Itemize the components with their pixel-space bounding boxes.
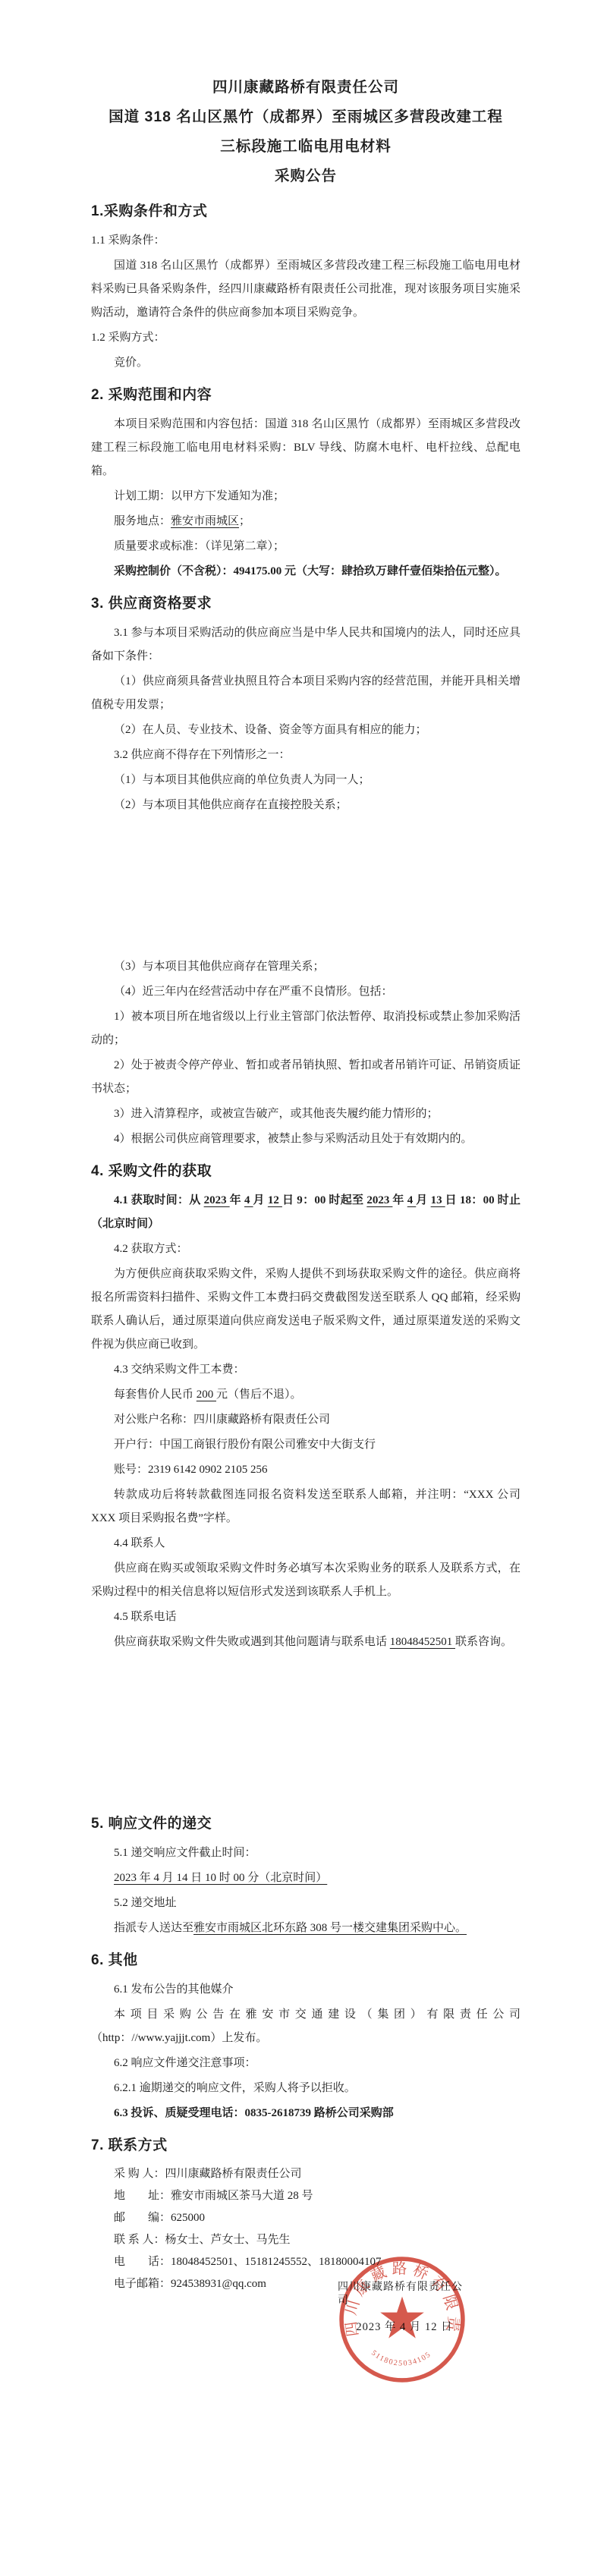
paragraph: 6.2 响应文件递交注意事项：	[91, 2052, 521, 2075]
text-segment: 200	[197, 1389, 216, 1401]
text-segment: 5. 响应文件的递交	[91, 1816, 212, 1832]
section-heading-2: 2. 采购范围和内容	[91, 385, 521, 405]
paragraph: 4.4 联系人	[91, 1532, 521, 1555]
text-segment: 4.5 联系电话	[114, 1611, 177, 1623]
text-segment: 7. 联系方式	[91, 2137, 168, 2153]
text-segment: 服务地点：	[114, 515, 171, 527]
doc-title-line: 采购公告	[91, 162, 521, 191]
paragraph: （4）近三年内在经营活动中存在严重不良情形。包括：	[91, 980, 521, 1004]
text-segment: （2）与本项目其他供应商存在直接控股关系；	[114, 799, 348, 811]
paragraph: 账号：2319 6142 0902 2105 256	[91, 1458, 521, 1482]
contact-value: 雅安市雨城区茶马大道 28 号	[171, 2190, 313, 2202]
text-segment: 年	[230, 1194, 244, 1206]
paragraph: 开户行：中国工商银行股份有限公司雅安中大街支行	[91, 1433, 521, 1457]
paragraph: （1）与本项目其他供应商的单位负责人为同一人；	[91, 769, 521, 792]
text-segment: 6. 其他	[91, 1952, 138, 1968]
contact-label: 邮 编：	[114, 2212, 171, 2224]
text-segment: 质量要求或标准：（详见第二章）；	[114, 540, 285, 552]
paragraph: 竞价。	[91, 351, 521, 375]
contact-label: 联 系 人：	[114, 2234, 165, 2246]
text-segment: 4	[407, 1194, 417, 1206]
text-segment: 雅安市雨城区北环东路 308 号一楼交建集团采购中心。	[193, 1922, 467, 1934]
text-segment: 国道 318 名山区黑竹（成都界）至雨城区多营段改建工程三标段施工临电用电材料采…	[91, 259, 521, 319]
text-segment: （1）供应商须具备营业执照且符合本项目采购内容的经营范围，并能开具相关增值税专用…	[91, 675, 521, 711]
text-segment: 本项目采购范围和内容包括：国道 318 名山区黑竹（成都界）至雨城区多营段改建工…	[91, 418, 521, 477]
paragraph: 4.2 获取方式：	[91, 1238, 521, 1261]
doc-title-line: 三标段施工临电用电材料	[91, 132, 521, 162]
paragraph: 1）被本项目所在地省级以上行业主管部门依法暂停、取消投标或禁止参加采购活动的；	[91, 1005, 521, 1052]
text-segment: 采购控制价（不含税）：494175.00 元（大写：肆拾玖万肆仟壹佰柒拾伍元整）…	[114, 565, 507, 577]
text-segment: （1）与本项目其他供应商的单位负责人为同一人；	[114, 774, 370, 786]
seal-star-icon	[380, 2297, 424, 2339]
text-segment: 开户行：中国工商银行股份有限公司雅安中大街支行	[114, 1439, 376, 1451]
contact-row: 邮 编：625000	[91, 2207, 521, 2229]
text-segment: 4.4 联系人	[114, 1537, 165, 1549]
text-segment: 联系咨询。	[455, 1636, 512, 1648]
text-segment: 每套售价人民币	[114, 1389, 197, 1401]
paragraph: 本项目采购公告在雅安市交通建设（集团）有限责任公司（http：//www.yaj…	[91, 2003, 521, 2050]
text-segment: 6.2.1 逾期递交的响应文件，采购人将予以拒收。	[114, 2082, 356, 2094]
text-segment: 1.2 采购方式：	[91, 332, 165, 344]
paragraph: 2023 年 4 月 14 日 10 时 00 分（北京时间）	[91, 1867, 521, 1890]
text-segment: 月	[253, 1194, 268, 1206]
section-heading-4: 4. 采购文件的获取	[91, 1162, 521, 1181]
text-segment: 6.3 投诉、质疑受理电话：0835-2618739 路桥公司采购部	[114, 2107, 394, 2119]
paragraph: 3.2 供应商不得存在下列情形之一：	[91, 744, 521, 767]
text-segment: 18048452501	[390, 1636, 455, 1648]
contact-label: 电 话：	[114, 2256, 171, 2268]
text-segment: 1）被本项目所在地省级以上行业主管部门依法暂停、取消投标或禁止参加采购活动的；	[91, 1011, 521, 1046]
text-segment: （2）在人员、专业技术、设备、资金等方面具有相应的能力；	[114, 724, 427, 736]
paragraph: （2）与本项目其他供应商存在直接控股关系；	[91, 794, 521, 817]
paragraph: 供应商获取采购文件失败或遇到其他问题请与联系电话 18048452501 联系咨…	[91, 1631, 521, 1654]
doc-title-line: 国道 318 名山区黑竹（成都界）至雨城区多营段改建工程	[91, 102, 521, 132]
paragraph: 5.2 递交地址	[91, 1892, 521, 1915]
paragraph: 4.3 交纳采购文件工本费：	[91, 1358, 521, 1382]
paragraph: 质量要求或标准：（详见第二章）；	[91, 535, 521, 558]
text-segment: 供应商获取采购文件失败或遇到其他问题请与联系电话	[114, 1636, 390, 1648]
text-segment: 三标段施工临电用电材料	[220, 138, 392, 155]
text-segment: 4）根据公司供应商管理要求，被禁止参与采购活动且处于有效期内的。	[114, 1133, 473, 1145]
text-segment: 采购公告	[275, 168, 337, 184]
doc-title-line: 四川康藏路桥有限责任公司	[91, 73, 521, 102]
text-segment: 6.1 发布公告的其他媒介	[114, 1983, 234, 1996]
contact-label: 采 购 人：	[114, 2168, 165, 2180]
paragraph: 1.2 采购方式：	[91, 326, 521, 350]
contact-value: 625000	[171, 2212, 205, 2224]
section-heading-7: 7. 联系方式	[91, 2136, 521, 2156]
contact-value: 杨女士、芦女士、马先生	[165, 2234, 291, 2246]
section-heading-1: 1.采购条件和方式	[91, 202, 521, 222]
paragraph: 每套售价人民币 200 元（售后不退）。	[91, 1383, 521, 1407]
section-heading-6: 6. 其他	[91, 1951, 521, 1971]
text-segment: 为方便供应商获取采购文件，采购人提供不到场获取采购文件的途径。供应商将报名所需资…	[91, 1268, 521, 1351]
text-segment: 竞价。	[114, 357, 148, 369]
paragraph: 服务地点：雅安市雨城区；	[91, 510, 521, 533]
text-segment: 2023 年 4 月 14 日 10 时 00 分（北京时间）	[114, 1872, 327, 1884]
text-segment: 2）处于被责令停产停业、暂扣或者吊销执照、暂扣或者吊销许可证、吊销资质证书状态；	[91, 1059, 521, 1095]
text-segment: 2023	[204, 1194, 230, 1206]
paragraph: 6.2.1 逾期递交的响应文件，采购人将予以拒收。	[91, 2077, 521, 2100]
text-segment: 6.2 响应文件递交注意事项：	[114, 2057, 256, 2069]
paragraph: （2）在人员、专业技术、设备、资金等方面具有相应的能力；	[91, 719, 521, 742]
paragraph: 5.1 递交响应文件截止时间：	[91, 1842, 521, 1865]
text-segment: 4	[244, 1194, 253, 1206]
paragraph: 供应商在购买或领取采购文件时务必填写本次采购业务的联系人及联系方式，在采购过程中…	[91, 1557, 521, 1604]
text-segment: 2. 采购范围和内容	[91, 387, 212, 403]
text-segment: 4.2 获取方式：	[114, 1243, 188, 1255]
paragraph: 6.3 投诉、质疑受理电话：0835-2618739 路桥公司采购部	[91, 2102, 521, 2125]
contact-row: 采 购 人：四川康藏路桥有限责任公司	[91, 2163, 521, 2185]
text-segment: 5.2 递交地址	[114, 1897, 177, 1909]
text-segment: 1.1 采购条件：	[91, 234, 165, 247]
text-segment: （3）与本项目其他供应商存在管理关系；	[114, 961, 325, 973]
text-segment: 日 9：00 时起至	[282, 1194, 366, 1206]
paragraph: 为方便供应商获取采购文件，采购人提供不到场获取采购文件的途径。供应商将报名所需资…	[91, 1263, 521, 1357]
text-segment: 国道 318 名山区黑竹（成都界）至雨城区多营段改建工程	[109, 109, 503, 125]
text-segment: 元（售后不退）。	[216, 1389, 302, 1401]
paragraph: 指派专人送达至雅安市雨城区北环东路 308 号一楼交建集团采购中心。	[91, 1917, 521, 1940]
text-segment: 3.1 参与本项目采购活动的供应商应当是中华人民共和国境内的法人，同时还应具备如…	[91, 627, 521, 662]
contact-row: 联 系 人：杨女士、芦女士、马先生	[91, 2229, 521, 2251]
paragraph: 国道 318 名山区黑竹（成都界）至雨城区多营段改建工程三标段施工临电用电材料采…	[91, 254, 521, 325]
text-segment: 4.3 交纳采购文件工本费：	[114, 1363, 245, 1376]
text-segment: 雅安市雨城区	[171, 515, 239, 527]
contact-row: 地 址：雅安市雨城区茶马大道 28 号	[91, 2185, 521, 2207]
procurement-announcement-page: 四川康藏路桥有限责任公司国道 318 名山区黑竹（成都界）至雨城区多营段改建工程…	[0, 0, 607, 2576]
text-segment: 3）进入清算程序，或被宣告破产，或其他丧失履约能力情形的；	[114, 1108, 439, 1120]
paragraph: 4）根据公司供应商管理要求，被禁止参与采购活动且处于有效期内的。	[91, 1128, 521, 1151]
paragraph: 计划工期：以甲方下发通知为准；	[91, 485, 521, 508]
paragraph: 本项目采购范围和内容包括：国道 318 名山区黑竹（成都界）至雨城区多营段改建工…	[91, 413, 521, 483]
paragraph: （1）供应商须具备营业执照且符合本项目采购内容的经营范围，并能开具相关增值税专用…	[91, 670, 521, 717]
text-segment: 月	[416, 1194, 430, 1206]
text-segment: 供应商在购买或领取采购文件时务必填写本次采购业务的联系人及联系方式，在采购过程中…	[91, 1562, 521, 1598]
paragraph: 1.1 采购条件：	[91, 229, 521, 253]
text-segment: 四川康藏路桥有限责任公司	[212, 79, 399, 96]
text-segment: 本项目采购公告在雅安市交通建设（集团）有限责任公司（http：//www.yaj…	[91, 2008, 521, 2044]
paragraph: 采购控制价（不含税）：494175.00 元（大写：肆拾玖万肆仟壹佰柒拾伍元整）…	[91, 560, 521, 583]
text-segment: 1.采购条件和方式	[91, 203, 207, 219]
paragraph: （3）与本项目其他供应商存在管理关系；	[91, 955, 521, 979]
paragraph: 4.1 获取时间：从 2023 年 4 月 12 日 9：00 时起至 2023…	[91, 1189, 521, 1236]
text-segment: 5.1 递交响应文件截止时间：	[114, 1847, 256, 1859]
page-break-gap	[91, 819, 521, 955]
contact-value: 924538931@qq.com	[171, 2278, 266, 2290]
text-segment: 转款成功后将转款截图连同报名资料发送至联系人邮箱，并注明：“XXX 公司 XXX…	[91, 1489, 521, 1524]
text-segment: 2023	[366, 1194, 392, 1206]
paragraph: 4.5 联系电话	[91, 1606, 521, 1629]
text-segment: 12	[268, 1194, 282, 1206]
text-segment: 计划工期：以甲方下发通知为准；	[114, 490, 285, 502]
text-segment: 4. 采购文件的获取	[91, 1163, 212, 1179]
text-segment: 年	[392, 1194, 407, 1206]
page-break-gap	[91, 1656, 521, 1804]
contact-label: 地 址：	[114, 2190, 171, 2202]
company-seal-stamp: 四川康藏路桥有限责任公司 5118025034105	[337, 2254, 467, 2385]
section-heading-3: 3. 供应商资格要求	[91, 594, 521, 614]
text-segment: 13	[431, 1194, 445, 1206]
text-segment: 3.2 供应商不得存在下列情形之一：	[114, 749, 291, 761]
text-segment: 对公账户名称：四川康藏路桥有限责任公司	[114, 1414, 330, 1426]
text-segment: 指派专人送达至	[114, 1922, 193, 1934]
paragraph: 对公账户名称：四川康藏路桥有限责任公司	[91, 1408, 521, 1432]
section-heading-5: 5. 响应文件的递交	[91, 1814, 521, 1834]
paragraph: 3.1 参与本项目采购活动的供应商应当是中华人民共和国境内的法人，同时还应具备如…	[91, 621, 521, 668]
paragraph: 转款成功后将转款截图连同报名资料发送至联系人邮箱，并注明：“XXX 公司 XXX…	[91, 1483, 521, 1530]
seal-number-arc-text: 5118025034105	[370, 2349, 432, 2368]
text-segment: 账号：2319 6142 0902 2105 256	[114, 1464, 268, 1476]
paragraph: 2）处于被责令停产停业、暂扣或者吊销执照、暂扣或者吊销许可证、吊销资质证书状态；	[91, 1054, 521, 1101]
contact-value: 四川康藏路桥有限责任公司	[165, 2168, 302, 2180]
paragraph: 3）进入清算程序，或被宣告破产，或其他丧失履约能力情形的；	[91, 1102, 521, 1126]
document-content: 四川康藏路桥有限责任公司国道 318 名山区黑竹（成都界）至雨城区多营段改建工程…	[91, 73, 521, 2295]
contact-label: 电子邮箱：	[114, 2278, 171, 2290]
text-segment: （4）近三年内在经营活动中存在严重不良情形。包括：	[114, 986, 393, 998]
text-segment: ；	[239, 515, 250, 527]
paragraph: 6.1 发布公告的其他媒介	[91, 1978, 521, 2002]
text-segment: 4.1 获取时间：从	[114, 1194, 204, 1206]
text-segment: 3. 供应商资格要求	[91, 596, 212, 612]
